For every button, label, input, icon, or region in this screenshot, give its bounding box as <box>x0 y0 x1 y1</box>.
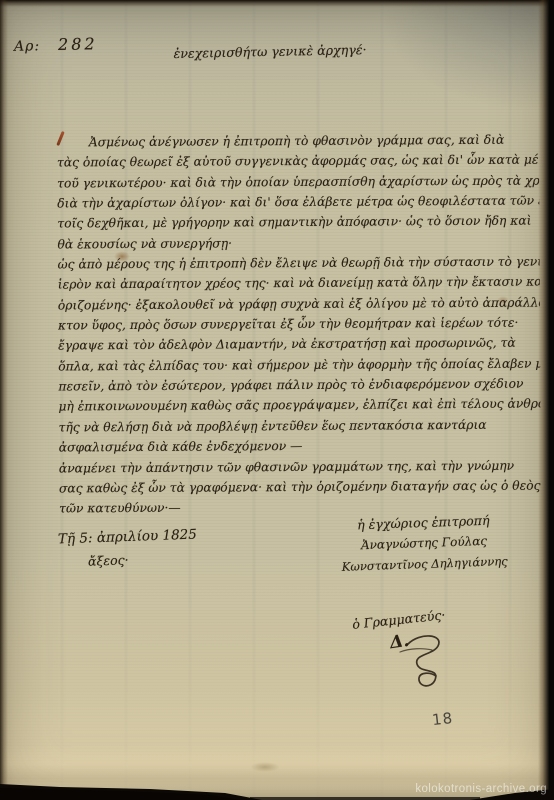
reference-label: Αρ: <box>14 38 40 54</box>
body-line: ἔγραψε καὶ τὸν ἀδελφὸν Διαμαντήν, νὰ ἐκσ… <box>58 333 540 356</box>
committee-signature-block: ἡ ἐγχώριος ἐπιτροπή Ἀναγνώστης Γούλας Κω… <box>335 509 513 578</box>
body-line: ἱερὸν καὶ ἀπαραίτητον χρέος της· καὶ νὰ … <box>58 272 540 295</box>
secretary-signature-initial: Δ. <box>389 631 411 653</box>
scan-edge-left <box>0 0 8 800</box>
place-line: ἄξεος· <box>88 552 129 568</box>
body-line: μὴ ἐπικοινωνουμένη καθὼς σᾶς προεγράψαμε… <box>58 394 540 417</box>
secretary-signature: Δ. <box>386 630 466 692</box>
body-line: σας καθὼς ἐξ ὧν τὰ γραφόμενα· καὶ τὴν ὁρ… <box>59 475 541 498</box>
body-line: ἀναμένει τὴν ἀπάντησιν τῶν φθασινῶν γραμ… <box>59 455 541 478</box>
scan-edge-top <box>0 0 554 7</box>
reference-number: 282 <box>58 34 98 54</box>
scan-edge-right <box>538 0 554 800</box>
reference-number-block: Αρ:282 <box>14 34 98 54</box>
body-line: τὰς ὁποίας θεωρεῖ ἐξ αὐτοῦ συγγενικὰς ἀφ… <box>57 150 539 173</box>
body-line: τῆς νὰ θελήσῃ διὰ νὰ προβλέψῃ ἐντεῦθεν ἕ… <box>59 414 541 437</box>
letter-body: Ἀσμένως ἀνέγνωσεν ἡ ἐπιτροπὴ τὸ φθασινὸν… <box>57 130 541 519</box>
pencil-folio-number: 18 <box>431 709 454 729</box>
archive-watermark: kolokotronis-archive.org <box>415 783 547 795</box>
scanned-document-page: Αρ:282 ἐνεχειρισθήτω γενικὲ ἀρχηγέ· Ἀσμέ… <box>0 0 554 800</box>
body-line: τοῖς δεχθῆκαι, μὲ γρήγορην καὶ σημαντικὴ… <box>57 211 539 234</box>
